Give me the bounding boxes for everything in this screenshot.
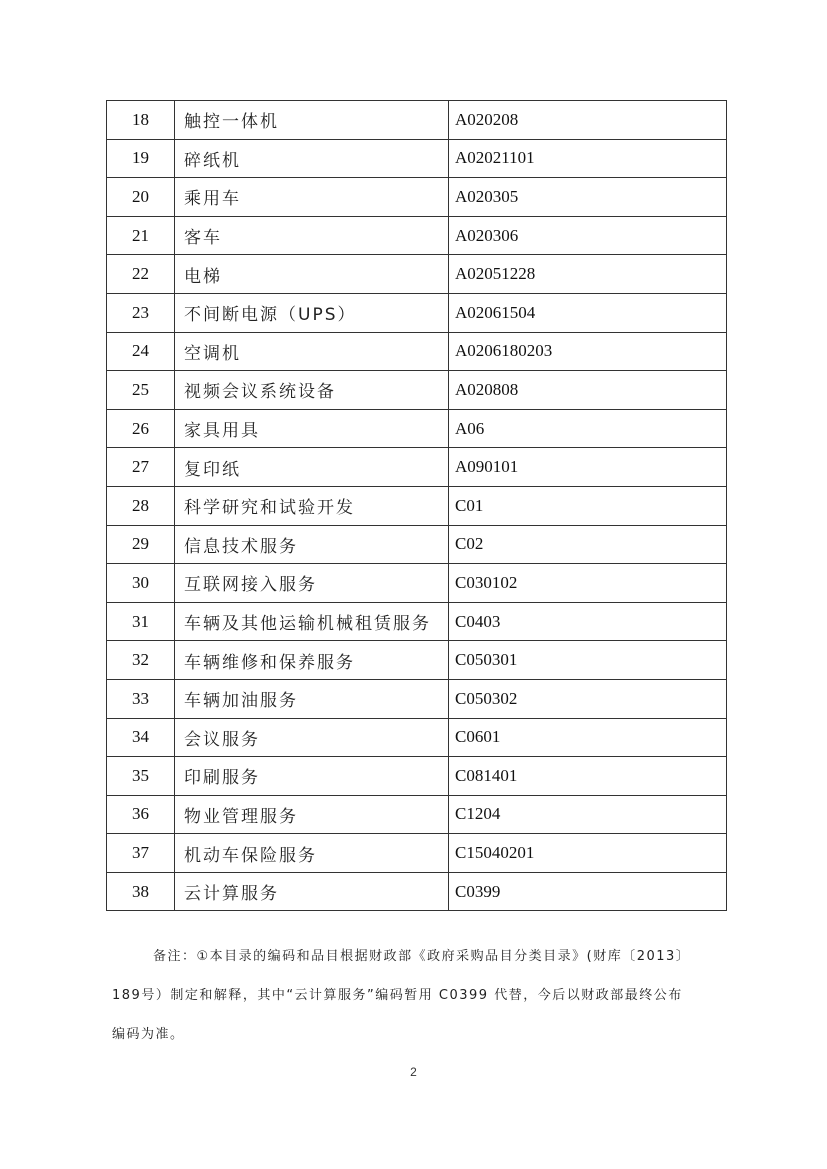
table-row: 21客车A020306 [107,216,727,255]
row-number-cell: 29 [107,525,175,564]
item-name-cell: 触控一体机 [175,101,449,140]
table-row: 29信息技术服务C02 [107,525,727,564]
item-code-cell: C030102 [449,564,727,603]
item-name-cell: 机动车保险服务 [175,834,449,873]
item-name-cell: 复印纸 [175,448,449,487]
row-number-cell: 34 [107,718,175,757]
item-code-cell: C081401 [449,757,727,796]
item-name-cell: 视频会议系统设备 [175,371,449,410]
item-name-cell: 家具用具 [175,409,449,448]
item-code-cell: A020305 [449,178,727,217]
item-name-cell: 互联网接入服务 [175,564,449,603]
item-code-cell: C02 [449,525,727,564]
item-name-cell: 空调机 [175,332,449,371]
row-number-cell: 33 [107,679,175,718]
procurement-catalog-table: 18触控一体机A02020819碎纸机A0202110120乘用车A020305… [106,100,727,911]
item-code-cell: C0399 [449,872,727,911]
item-name-cell: 科学研究和试验开发 [175,486,449,525]
row-number-cell: 31 [107,602,175,641]
item-name-cell: 乘用车 [175,178,449,217]
footnote-line-3: 编码为准。 [112,1022,712,1061]
item-name-cell: 车辆及其他运输机械租赁服务 [175,602,449,641]
item-code-cell: A0206180203 [449,332,727,371]
item-code-cell: A020808 [449,371,727,410]
table-row: 35印刷服务C081401 [107,757,727,796]
item-name-cell: 物业管理服务 [175,795,449,834]
item-code-cell: A06 [449,409,727,448]
item-code-cell: A020208 [449,101,727,140]
row-number-cell: 23 [107,293,175,332]
row-number-cell: 21 [107,216,175,255]
table-row: 26家具用具A06 [107,409,727,448]
row-number-cell: 18 [107,101,175,140]
row-number-cell: 32 [107,641,175,680]
table-row: 24空调机A0206180203 [107,332,727,371]
item-code-cell: A02051228 [449,255,727,294]
item-name-cell: 云计算服务 [175,872,449,911]
table-row: 28科学研究和试验开发C01 [107,486,727,525]
item-name-cell: 会议服务 [175,718,449,757]
page-number: 2 [0,1065,827,1079]
item-name-cell: 车辆加油服务 [175,679,449,718]
row-number-cell: 35 [107,757,175,796]
table-row: 33车辆加油服务C050302 [107,679,727,718]
item-name-cell: 客车 [175,216,449,255]
row-number-cell: 37 [107,834,175,873]
item-name-cell: 不间断电源（UPS） [175,293,449,332]
item-code-cell: C01 [449,486,727,525]
table-row: 37机动车保险服务C15040201 [107,834,727,873]
row-number-cell: 26 [107,409,175,448]
row-number-cell: 22 [107,255,175,294]
row-number-cell: 30 [107,564,175,603]
row-number-cell: 25 [107,371,175,410]
item-code-cell: A020306 [449,216,727,255]
table-row: 23不间断电源（UPS）A02061504 [107,293,727,332]
item-name-cell: 碎纸机 [175,139,449,178]
row-number-cell: 27 [107,448,175,487]
row-number-cell: 28 [107,486,175,525]
row-number-cell: 38 [107,872,175,911]
item-name-cell: 信息技术服务 [175,525,449,564]
footnote-line-1: 备注：①本目录的编码和品目根据财政部《政府采购品目分类目录》(财库〔2013〕 [112,944,712,983]
item-code-cell: C0403 [449,602,727,641]
footnote-line-2: 189号）制定和解释，其中“云计算服务”编码暂用 C0399 代替，今后以财政部… [112,983,712,1022]
item-code-cell: C050302 [449,679,727,718]
table-row: 19碎纸机A02021101 [107,139,727,178]
item-code-cell: C0601 [449,718,727,757]
item-name-cell: 车辆维修和保养服务 [175,641,449,680]
row-number-cell: 20 [107,178,175,217]
table-row: 22电梯A02051228 [107,255,727,294]
document-page: 18触控一体机A02020819碎纸机A0202110120乘用车A020305… [0,0,827,1169]
item-code-cell: C050301 [449,641,727,680]
table-row: 36物业管理服务C1204 [107,795,727,834]
table-row: 25视频会议系统设备A020808 [107,371,727,410]
item-name-cell: 电梯 [175,255,449,294]
footnote: 备注：①本目录的编码和品目根据财政部《政府采购品目分类目录》(财库〔2013〕 … [112,944,712,1061]
item-code-cell: A02061504 [449,293,727,332]
table-row: 20乘用车A020305 [107,178,727,217]
table-row: 27复印纸A090101 [107,448,727,487]
row-number-cell: 19 [107,139,175,178]
item-code-cell: C15040201 [449,834,727,873]
row-number-cell: 36 [107,795,175,834]
table-row: 32车辆维修和保养服务C050301 [107,641,727,680]
item-code-cell: A02021101 [449,139,727,178]
table-row: 34会议服务C0601 [107,718,727,757]
table-row: 30互联网接入服务C030102 [107,564,727,603]
item-code-cell: A090101 [449,448,727,487]
row-number-cell: 24 [107,332,175,371]
table-row: 38云计算服务C0399 [107,872,727,911]
item-code-cell: C1204 [449,795,727,834]
table-row: 31车辆及其他运输机械租赁服务C0403 [107,602,727,641]
table-row: 18触控一体机A020208 [107,101,727,140]
item-name-cell: 印刷服务 [175,757,449,796]
